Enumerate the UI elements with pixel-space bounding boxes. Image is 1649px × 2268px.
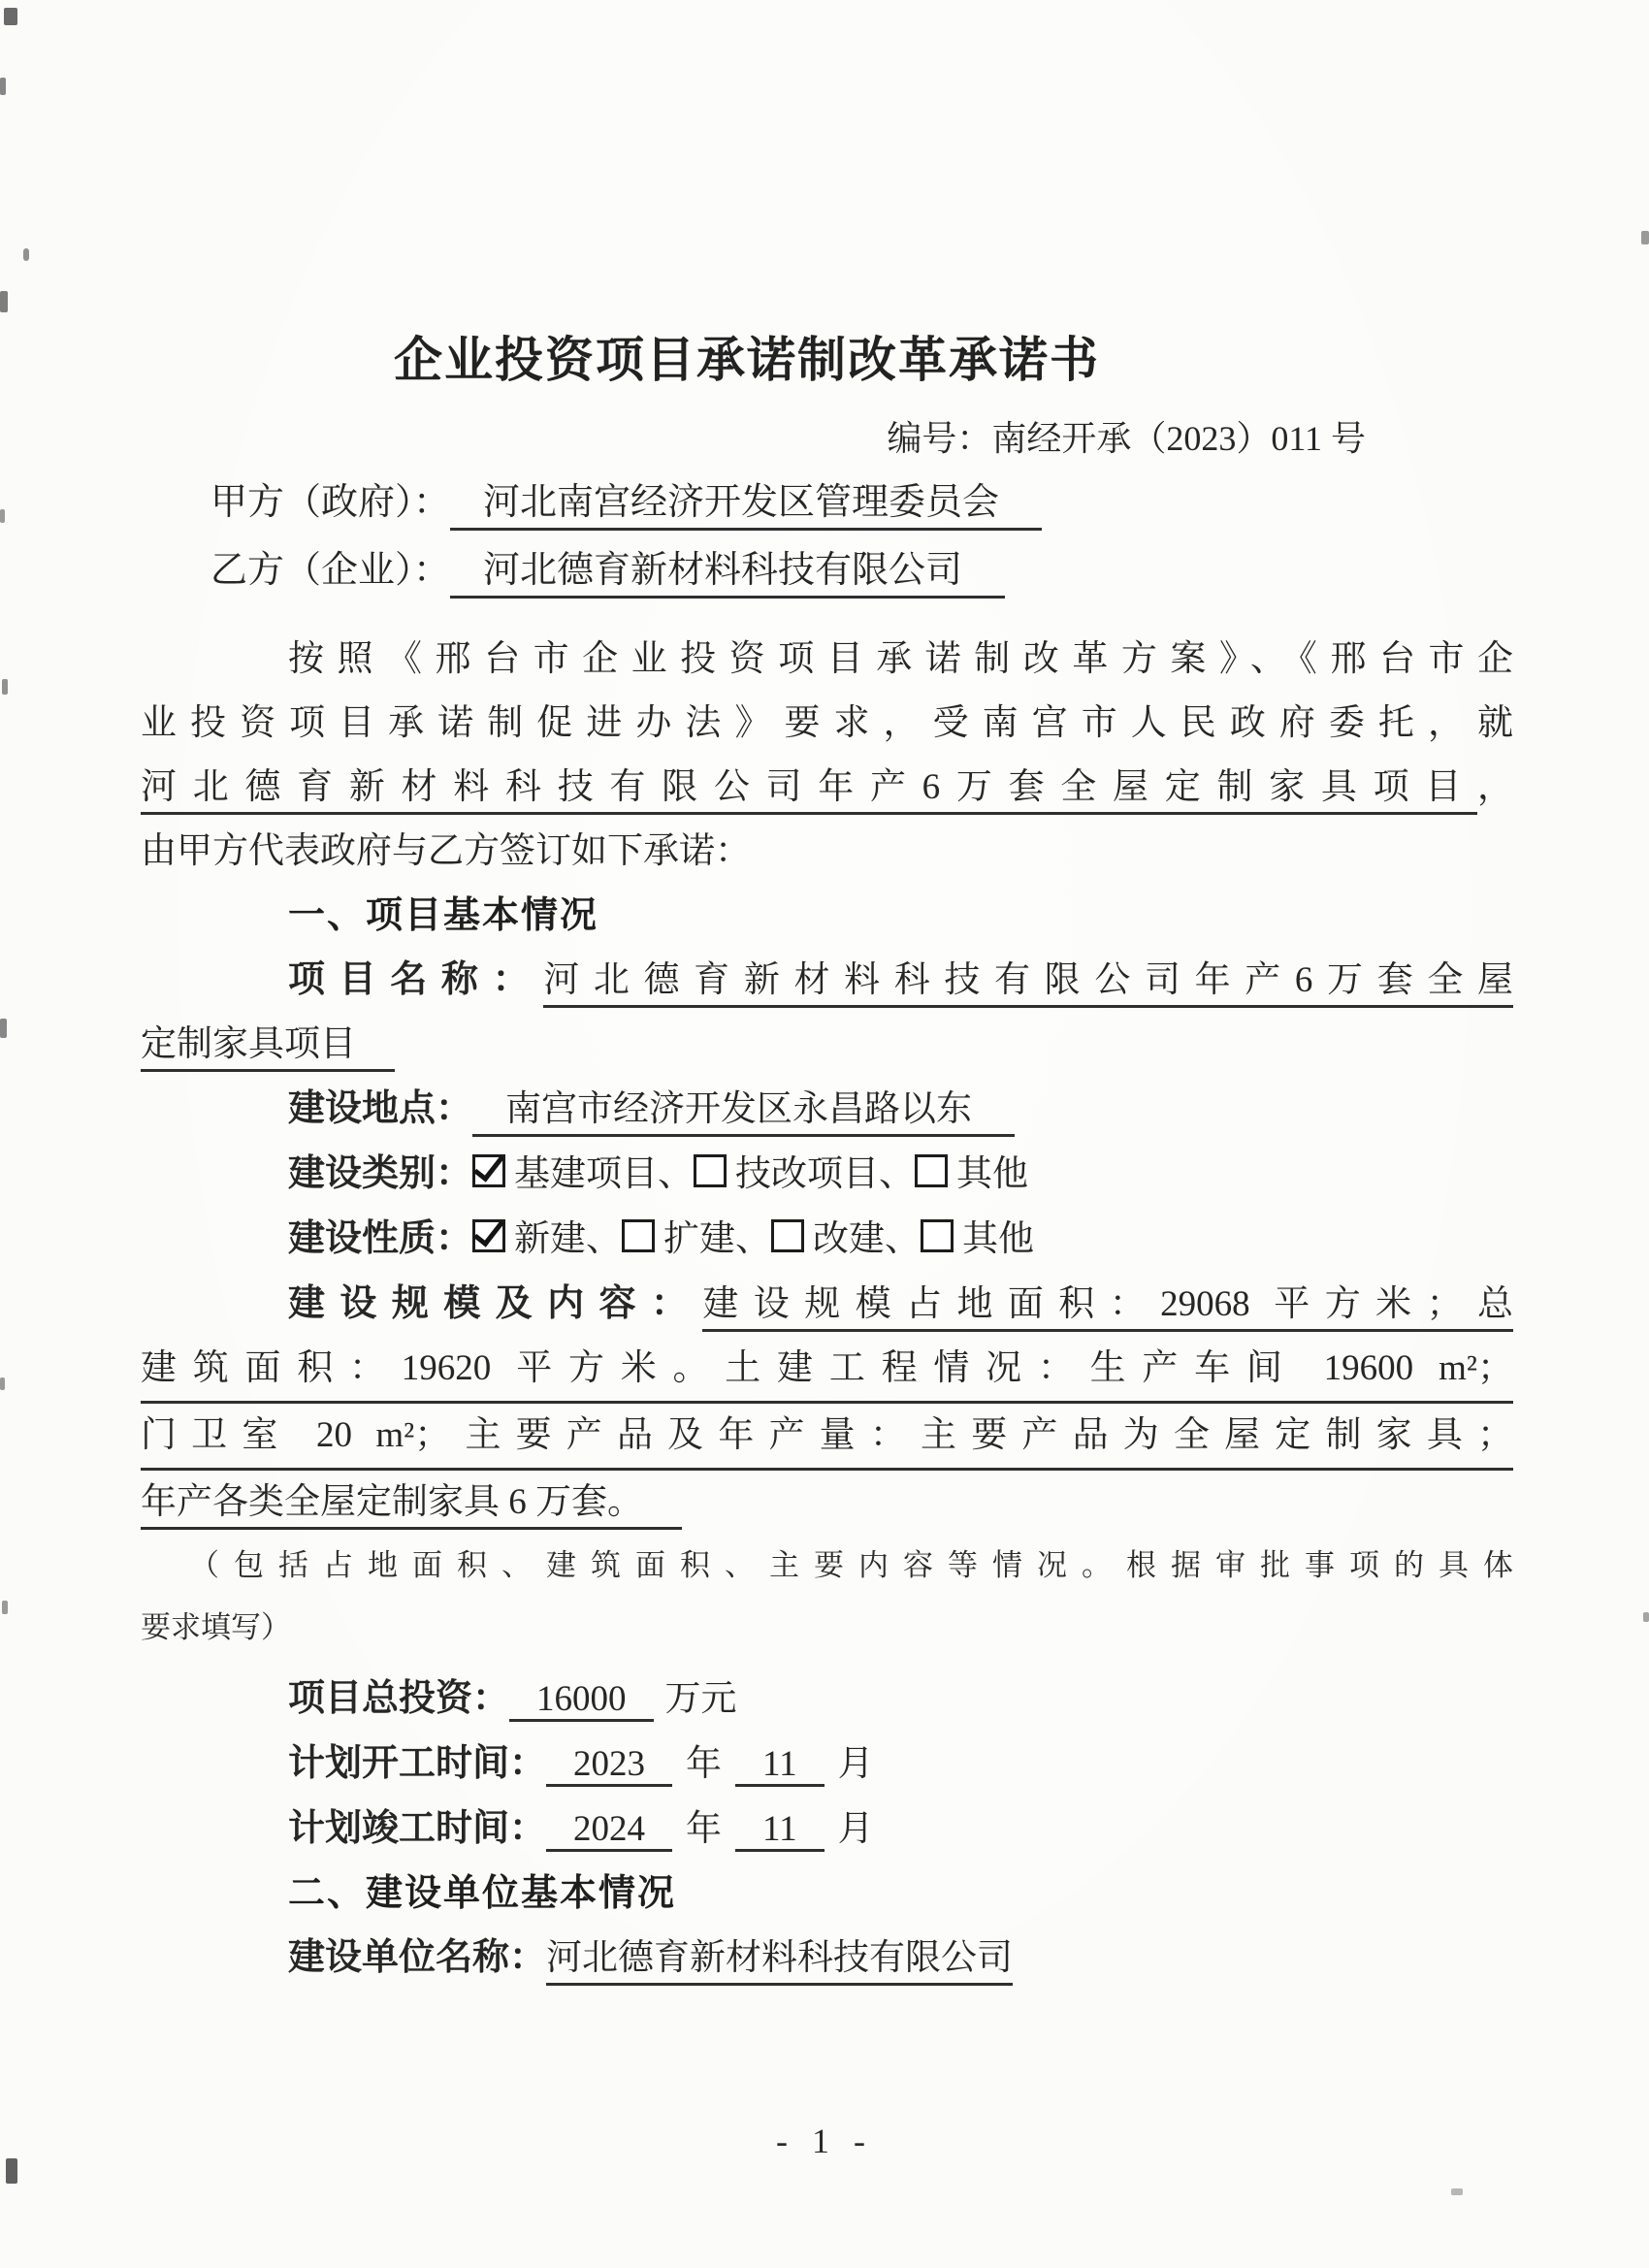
project-name-line-2: 定制家具项目 bbox=[141, 1013, 1513, 1077]
note-line-1: （包括占地面积、建筑面积、主要内容等情况。根据审批事项的具体 bbox=[141, 1535, 1513, 1597]
checkbox-option-separator: 、 bbox=[658, 1154, 694, 1194]
end-time-label: 计划竣工时间： bbox=[288, 1808, 546, 1849]
doc-number: 编号：南经开承（2023）011 号 bbox=[141, 408, 1513, 469]
party-a-label: 甲方（政府）： bbox=[210, 482, 450, 523]
document-title: 企业投资项目承诺制改革承诺书 bbox=[141, 325, 1513, 395]
checkbox-option: 其他 bbox=[921, 1219, 1034, 1259]
checkbox-option-separator: 、 bbox=[885, 1219, 921, 1259]
intro-project-name-underlined: 河北德育新材料科技有限公司年产6万套全屋定制家具项目 bbox=[141, 767, 1477, 815]
unchecked-checkbox-icon bbox=[915, 1154, 948, 1187]
party-b-label: 乙方（企业）： bbox=[210, 550, 450, 591]
location-line: 建设地点：南宫市经济开发区永昌路以东 bbox=[141, 1077, 1513, 1142]
location-value: 南宫市经济开发区永昌路以东 bbox=[472, 1089, 1015, 1137]
scan-artifact bbox=[0, 509, 5, 523]
note-line-2: 要求填写） bbox=[141, 1597, 1513, 1659]
location-label: 建设地点： bbox=[288, 1088, 472, 1129]
checkbox-option: 其他 bbox=[915, 1154, 1028, 1194]
scan-artifact bbox=[2, 679, 8, 695]
checkbox-option-label: 新建 bbox=[514, 1219, 586, 1259]
checkbox-option-label: 其他 bbox=[962, 1219, 1034, 1259]
checkbox-option-label: 技改项目 bbox=[735, 1154, 879, 1194]
scale-line-2: 建筑面积：19620 平方米。土建工程情况：生产车间 19600 m²； bbox=[141, 1337, 1513, 1404]
unit-name-value: 河北德育新材料科技有限公司 bbox=[546, 1938, 1013, 1986]
scale-line-1: 建设规模及内容：建设规模占地面积：29068 平方米；总 bbox=[141, 1272, 1513, 1337]
checkbox-option-label: 扩建 bbox=[663, 1219, 735, 1259]
scan-artifact bbox=[1643, 1612, 1649, 1622]
scan-artifact bbox=[0, 78, 6, 95]
start-time-year: 2023 bbox=[546, 1744, 672, 1787]
unchecked-checkbox-icon bbox=[921, 1219, 954, 1252]
unit-name-line: 建设单位名称：河北德育新材料科技有限公司 bbox=[141, 1926, 1513, 1991]
start-time-line: 计划开工时间：2023年11月 bbox=[141, 1732, 1513, 1797]
total-investment-unit: 万元 bbox=[665, 1679, 737, 1719]
start-time-month-unit: 月 bbox=[838, 1744, 874, 1784]
scale-line-3: 门卫室 20 m²；主要产品及年产量：主要产品为全屋定制家具； bbox=[141, 1404, 1513, 1471]
project-name-value-1: 河北德育新材料科技有限公司年产6万套全屋 bbox=[543, 960, 1513, 1008]
category-line: 建设类别：基建项目、技改项目、其他 bbox=[141, 1142, 1513, 1207]
checkbox-option-label: 基建项目 bbox=[514, 1154, 658, 1194]
party-a-line: 甲方（政府）：河北南宫经济开发区管理委员会 bbox=[141, 469, 1513, 536]
scan-artifact bbox=[6, 2158, 17, 2184]
section-1-heading: 一、项目基本情况 bbox=[141, 884, 1513, 948]
unchecked-checkbox-icon bbox=[771, 1219, 804, 1252]
scan-artifact bbox=[0, 291, 8, 312]
intro-line-1: 按照《邢台市企业投资项目承诺制改革方案》、《邢台市企 bbox=[141, 628, 1513, 692]
scan-artifact bbox=[0, 1019, 7, 1038]
end-time-year: 2024 bbox=[546, 1809, 672, 1852]
scan-artifact bbox=[0, 1377, 5, 1390]
scale-label: 建设规模及内容： bbox=[288, 1283, 702, 1324]
total-investment-line: 项目总投资：16000万元 bbox=[141, 1667, 1513, 1732]
scale-value-1: 建设规模占地面积：29068 平方米；总 bbox=[702, 1284, 1513, 1332]
scale-value-4: 年产各类全屋定制家具 6 万套。 bbox=[141, 1482, 682, 1530]
end-time-year-unit: 年 bbox=[686, 1809, 722, 1849]
intro-line-4: 由甲方代表政府与乙方签订如下承诺： bbox=[141, 820, 1513, 884]
party-b-value: 河北德育新材料科技有限公司 bbox=[450, 550, 1005, 599]
intro-line-3: 河北德育新材料科技有限公司年产6万套全屋定制家具项目， bbox=[141, 756, 1513, 820]
nature-options: 新建、扩建、改建、其他 bbox=[472, 1219, 1034, 1259]
checked-checkbox-icon bbox=[472, 1219, 505, 1252]
page-number: - 1 - bbox=[0, 2121, 1649, 2161]
project-name-line-1: 项目名称：河北德育新材料科技有限公司年产6万套全屋 bbox=[141, 948, 1513, 1013]
scan-artifact bbox=[2, 1601, 8, 1614]
checkbox-option-separator: 、 bbox=[735, 1219, 771, 1259]
unchecked-checkbox-icon bbox=[622, 1219, 655, 1252]
scan-artifact bbox=[23, 248, 29, 261]
total-investment-value: 16000 bbox=[509, 1679, 654, 1722]
nature-line: 建设性质：新建、扩建、改建、其他 bbox=[141, 1207, 1513, 1272]
checkbox-option-separator: 、 bbox=[879, 1154, 915, 1194]
checkbox-option: 新建 bbox=[472, 1219, 586, 1259]
start-time-label: 计划开工时间： bbox=[288, 1743, 546, 1784]
checkbox-option: 技改项目 bbox=[694, 1154, 879, 1194]
scan-artifact bbox=[1641, 231, 1649, 244]
checkbox-option-separator: 、 bbox=[586, 1219, 622, 1259]
end-time-month: 11 bbox=[735, 1809, 824, 1852]
checkbox-option-label: 其他 bbox=[956, 1154, 1028, 1194]
checked-checkbox-icon bbox=[472, 1154, 505, 1187]
unit-name-label: 建设单位名称： bbox=[288, 1937, 546, 1978]
start-time-year-unit: 年 bbox=[686, 1744, 722, 1784]
total-investment-label: 项目总投资： bbox=[288, 1678, 509, 1719]
category-options: 基建项目、技改项目、其他 bbox=[472, 1154, 1028, 1194]
end-time-line: 计划竣工时间：2024年11月 bbox=[141, 1797, 1513, 1862]
project-name-label: 项目名称： bbox=[288, 959, 543, 1000]
party-a-value: 河北南宫经济开发区管理委员会 bbox=[450, 482, 1042, 531]
checkbox-option: 基建项目 bbox=[472, 1154, 658, 1194]
scanned-document-page: 企业投资项目承诺制改革承诺书 编号：南经开承（2023）011 号 甲方（政府）… bbox=[0, 0, 1649, 2268]
checkbox-option-label: 改建 bbox=[813, 1219, 885, 1259]
section-2-heading: 二、建设单位基本情况 bbox=[141, 1862, 1513, 1926]
nature-label: 建设性质： bbox=[288, 1218, 472, 1259]
unchecked-checkbox-icon bbox=[694, 1154, 727, 1187]
document-body: 企业投资项目承诺制改革承诺书 编号：南经开承（2023）011 号 甲方（政府）… bbox=[0, 0, 1649, 1991]
intro-line-3-comma: ， bbox=[1477, 767, 1513, 807]
start-time-month: 11 bbox=[735, 1744, 824, 1787]
end-time-month-unit: 月 bbox=[838, 1809, 874, 1849]
category-label: 建设类别： bbox=[288, 1153, 472, 1194]
checkbox-option: 扩建 bbox=[622, 1219, 735, 1259]
intro-line-2: 业投资项目承诺制促进办法》要求，受南宫市人民政府委托，就 bbox=[141, 692, 1513, 756]
checkbox-option: 改建 bbox=[771, 1219, 885, 1259]
project-name-value-2: 定制家具项目 bbox=[141, 1024, 395, 1072]
scan-artifact bbox=[4, 8, 17, 25]
party-b-line: 乙方（企业）：河北德育新材料科技有限公司 bbox=[141, 536, 1513, 604]
scale-line-4: 年产各类全屋定制家具 6 万套。 bbox=[141, 1471, 1513, 1535]
scan-artifact bbox=[1451, 2188, 1463, 2195]
